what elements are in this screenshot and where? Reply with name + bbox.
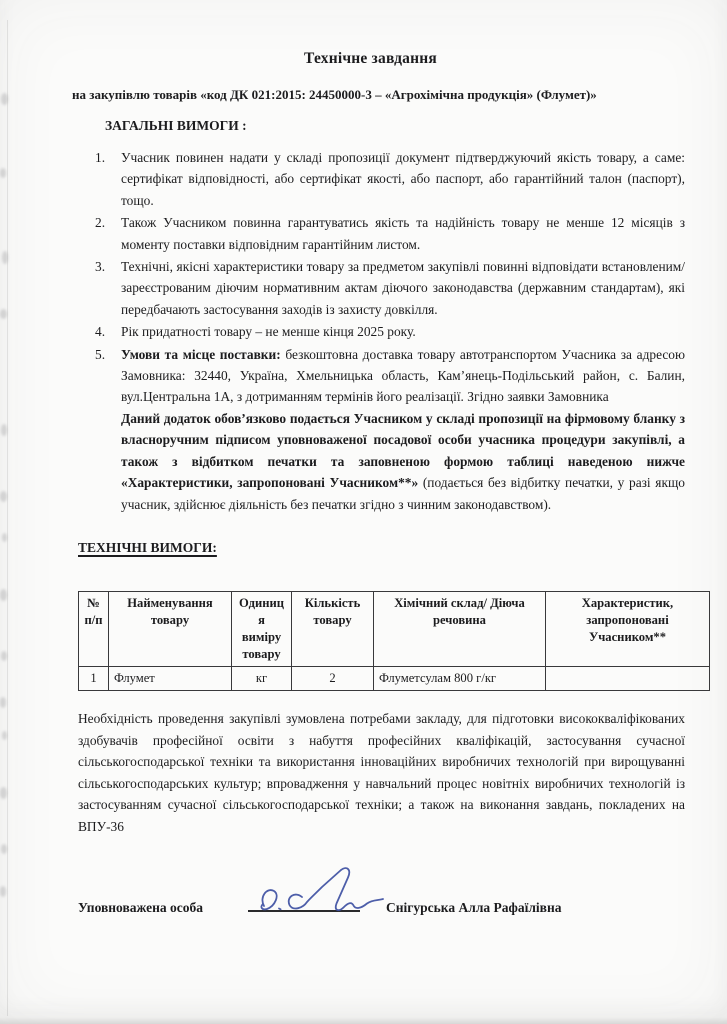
list-item-text: Технічні, якісні характеристики товару з…: [121, 259, 685, 317]
column-header: Одиниця виміру товару: [232, 591, 292, 666]
table-cell-quantity: 2: [292, 666, 374, 690]
list-item-number: 1.: [95, 147, 105, 168]
list-item-number: 4.: [95, 321, 105, 342]
list-item-text: Також Учасником повинна гарантуватись як…: [121, 215, 685, 251]
column-header: № п/п: [79, 591, 109, 666]
table-cell-participant-characteristics: [546, 666, 710, 690]
table-cell-unit: кг: [232, 666, 292, 690]
delivery-terms-lead: Умови та місце поставки:: [121, 347, 281, 362]
scan-smudge: [0, 168, 6, 178]
document-page: Технічне завдання на закупівлю товарів «…: [0, 0, 727, 1024]
list-item: 4. Рік придатності товару – не менше кін…: [95, 321, 685, 342]
scan-smudge: [0, 309, 7, 319]
scan-bottom-shadow: [0, 1017, 727, 1024]
list-item-text: Рік придатності товару – не менше кінця …: [121, 324, 416, 339]
scan-smudge: [0, 589, 7, 601]
appendix-note: Даний додаток обов’язково подається Учас…: [121, 408, 685, 515]
handwritten-signature-icon: [250, 864, 390, 920]
signature-block: Уповноважена особа Снігурська Алла Рафаї…: [78, 874, 685, 934]
scan-smudge: [1, 844, 7, 854]
scan-smudge: [1, 93, 8, 105]
column-header: Характеристик, запропоновані Учасником**: [546, 591, 710, 666]
list-item: 1. Учасник повинен надати у складі пропо…: [95, 147, 685, 211]
list-item: 5. Умови та місце поставки: безкоштовна …: [95, 344, 685, 515]
table-cell-product: Флумет: [109, 666, 232, 690]
signature-role-label: Уповноважена особа: [78, 900, 203, 916]
list-item: 2. Також Учасником повинна гарантуватись…: [95, 212, 685, 255]
signature-area: [248, 864, 393, 920]
list-item-number: 3.: [95, 256, 105, 277]
procurement-justification-paragraph: Необхідність проведення закупівлі зумовл…: [78, 708, 685, 838]
scan-smudge: [0, 787, 7, 799]
list-item-number: 2.: [95, 212, 105, 233]
table-cell-composition: Флуметсулам 800 г/кг: [374, 666, 546, 690]
scanned-document-page: { "document": { "title": "Технічне завда…: [0, 0, 727, 1024]
procurement-subtitle: на закупівлю товарів «код ДК 021:2015: 2…: [72, 87, 685, 103]
scan-smudge: [1, 651, 7, 661]
column-header: Кількість товару: [292, 591, 374, 666]
technical-requirements-heading: ТЕХНІЧНІ ВИМОГИ:: [78, 540, 685, 556]
table-row: 1 Флумет кг 2 Флуметсулам 800 г/кг: [79, 666, 710, 690]
scan-smudge: [1, 424, 7, 436]
signatory-name: Снігурська Алла Рафаїлівна: [386, 900, 562, 916]
list-item-number: 5.: [95, 344, 105, 365]
scan-smudge: [2, 533, 7, 542]
table-header-row: № п/п Найменування товару Одиниця виміру…: [79, 591, 710, 666]
scan-smudge: [2, 251, 8, 264]
scan-smudge: [0, 697, 6, 708]
scan-smudge: [0, 491, 7, 502]
scan-smudge: [2, 731, 7, 740]
list-item-text: Учасник повинен надати у складі пропозиц…: [121, 150, 685, 208]
table-cell-number: 1: [79, 666, 109, 690]
specification-table: № п/п Найменування товару Одиниця виміру…: [78, 591, 710, 691]
scan-smudge: [0, 886, 6, 897]
list-item: 3. Технічні, якісні характеристики товар…: [95, 256, 685, 320]
scan-edge-line: [7, 20, 8, 1016]
general-requirements-heading: ЗАГАЛЬНІ ВИМОГИ :: [105, 118, 685, 134]
column-header: Хімічний склад/ Діюча речовина: [374, 591, 546, 666]
column-header: Найменування товару: [109, 591, 232, 666]
page-title: Технічне завдання: [56, 50, 685, 68]
general-requirements-list: 1. Учасник повинен надати у складі пропо…: [95, 147, 685, 515]
